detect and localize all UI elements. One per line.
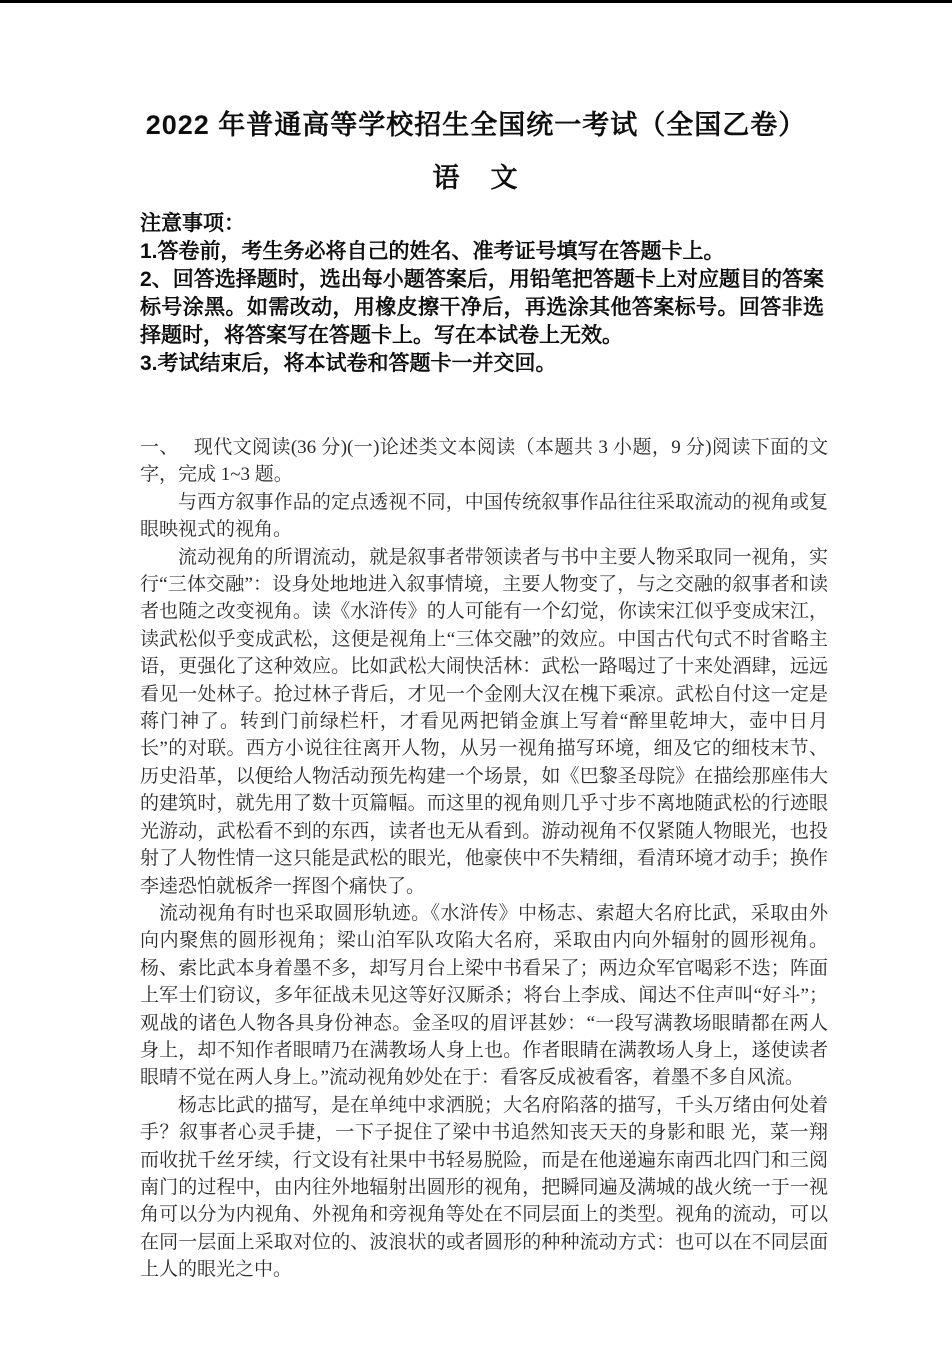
notice-section: 注意事项： 1.答卷前，考生务必将自己的姓名、准考证号填写在答题卡上。 2、回答…	[0, 210, 952, 378]
document-page: 2022 年普通高等学校招生全国统一考试（全国乙卷） 语 文 注意事项： 1.答…	[0, 0, 952, 1347]
passage-paragraph-2: 流动视角的所谓流动，就是叙事者带领读者与书中主要人物采取同一视角，实行“三体交融…	[140, 544, 828, 900]
exam-title: 2022 年普通高等学校招生全国统一考试（全国乙卷）	[0, 108, 952, 142]
exam-subject: 语 文	[0, 162, 952, 194]
passage-paragraph-1: 与西方叙事作品的定点透视不同，中国传统叙事作品往往采取流动的视角或复眼映视式的视…	[140, 489, 828, 544]
passage-paragraph-4: 杨志比武的描写，是在单纯中求洒脱；大名府陷落的描写，千头万绪由何处着手？叙事者心…	[140, 1092, 828, 1284]
notice-heading: 注意事项：	[140, 210, 824, 238]
notice-item-3: 3.考试结束后，将本试卷和答题卡一并交回。	[140, 350, 824, 378]
document-header: 2022 年普通高等学校招生全国统一考试（全国乙卷） 语 文	[0, 108, 952, 194]
section-heading: 一、 现代文阅读(36 分)(一)论述类文本阅读（本题共 3 小题，9 分)阅读…	[140, 434, 828, 489]
page-top-border	[0, 0, 952, 3]
notice-item-2: 2、回答选择题时，选出每小题答案后，用铅笔把答题卡上对应题目的答案标号涂黑。如需…	[140, 266, 824, 350]
passage-paragraph-3: 流动视角有时也采取圆形轨迹。《水浒传》中杨志、索超大名府比武，采取由外向内聚焦的…	[140, 900, 828, 1092]
notice-item-1: 1.答卷前，考生务必将自己的姓名、准考证号填写在答题卡上。	[140, 238, 824, 266]
reading-passage-section: 一、 现代文阅读(36 分)(一)论述类文本阅读（本题共 3 小题，9 分)阅读…	[0, 434, 952, 1284]
